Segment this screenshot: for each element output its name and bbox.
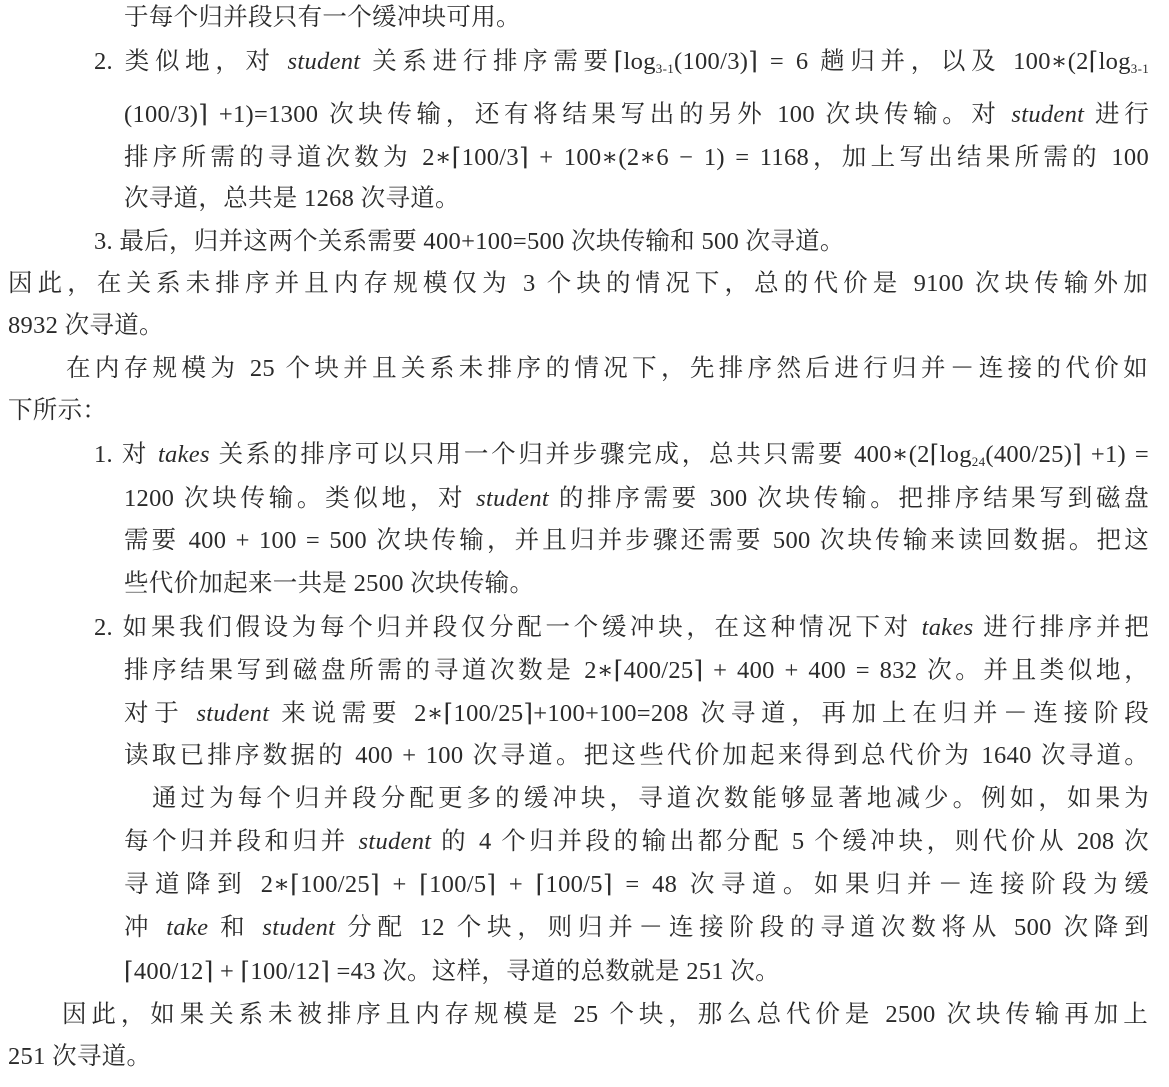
paragraph-line: 通过为每个归并段分配更多的缓冲块，寻道次数能够显著地减少。例如，如果为: [152, 784, 1149, 814]
text: 关系的排序可以只用一个归并步骤完成，总共只需要 400∗(2⌈log: [210, 441, 972, 468]
text: 来说需要 2∗⌈100/25⌉+100+100=208 次寻道，再加上在归并－连…: [269, 700, 1149, 727]
text: 读取已排序数据的 400 + 100 次寻道。把这些代价加起来得到总代价为 16…: [124, 742, 1149, 769]
paragraph-line: 些代价加起来一共是 2500 次块传输。: [124, 569, 534, 599]
log-base: 3-1: [1131, 61, 1149, 76]
text: (100/3)⌉ = 6 趟归并，以及 100∗(2⌈log: [674, 48, 1131, 75]
text: 2. 如果我们假设为每个归并段仅分配一个缓冲块，在这种情况下对: [94, 614, 922, 641]
text: 251 次寻道。: [8, 1043, 151, 1070]
text: (400/25)⌉ +1) =: [985, 441, 1149, 468]
paragraph-line: 因此，如果关系未被排序且内存规模是 25 个块，那么总代价是 2500 次块传输…: [62, 1000, 1148, 1030]
text: 1. 对: [94, 441, 158, 468]
paragraph-line: 对于 student 来说需要 2∗⌈100/25⌉+100+100=208 次…: [124, 699, 1149, 729]
relation-name: take: [166, 914, 208, 941]
text: 些代价加起来一共是 2500 次块传输。: [124, 570, 534, 597]
text: 3. 最后，归并这两个关系需要 400+100=500 次块传输和 500 次寻…: [94, 228, 845, 255]
paragraph-line: 冲 take 和 student 分配 12 个块，则归并－连接阶段的寻道次数将…: [124, 913, 1149, 943]
text: 进行: [1084, 101, 1149, 128]
text: 和: [208, 914, 262, 941]
text: 在内存规模为 25 个块并且关系未排序的情况下，先排序然后进行归并－连接的代价如: [66, 355, 1148, 382]
paragraph-line: 在内存规模为 25 个块并且关系未排序的情况下，先排序然后进行归并－连接的代价如: [66, 354, 1148, 384]
paragraph-line: 下所示：: [8, 396, 107, 426]
log-base: 3-1: [656, 61, 674, 76]
paragraph-line: 读取已排序数据的 400 + 100 次寻道。把这些代价加起来得到总代价为 16…: [124, 741, 1149, 771]
relation-name: student: [288, 48, 361, 75]
text: 通过为每个归并段分配更多的缓冲块，寻道次数能够显著地减少。例如，如果为: [152, 785, 1149, 812]
text: 的排序需要 300 次块传输。把排序结果写到磁盘: [549, 485, 1149, 512]
text: 1200 次块传输。类似地，对: [124, 485, 476, 512]
paragraph-line: 排序结果写到磁盘所需的寻道次数是 2∗⌈400/25⌉ + 400 + 400 …: [124, 656, 1149, 686]
paragraph-line: 寻道降到 2∗⌈100/25⌉ + ⌈100/5⌉ + ⌈100/5⌉ = 48…: [124, 870, 1149, 900]
relation-name: student: [359, 828, 432, 855]
relation-name: student: [262, 914, 335, 941]
text: 分配 12 个块，则归并－连接阶段的寻道次数将从 500 次降到: [335, 914, 1149, 941]
relation-name: student: [476, 485, 549, 512]
text: 的 4 个归并段的输出都分配 5 个缓冲块，则代价从 208 次: [431, 828, 1149, 855]
text: 关系进行排序需要⌈log: [360, 48, 655, 75]
text: 因此，如果关系未被排序且内存规模是 25 个块，那么总代价是 2500 次块传输…: [62, 1001, 1148, 1028]
list-item-2-line: 2. 如果我们假设为每个归并段仅分配一个缓冲块，在这种情况下对 takes 进行…: [94, 613, 1149, 643]
paragraph-line: ⌈400/12⌉ + ⌈100/12⌉ =43 次。这样，寻道的总数就是 251…: [124, 957, 780, 987]
text: 因此，在关系未排序并且内存规模仅为 3 个块的情况下，总的代价是 9100 次块…: [8, 270, 1148, 297]
list-item-1-line: 1. 对 takes 关系的排序可以只用一个归并步骤完成，总共只需要 400∗(…: [94, 440, 1149, 470]
text: 每个归并段和归并: [124, 828, 359, 855]
paragraph-line: 因此，在关系未排序并且内存规模仅为 3 个块的情况下，总的代价是 9100 次块…: [8, 269, 1148, 299]
text: 对于: [124, 700, 196, 727]
document-page: 于每个归并段只有一个缓冲块可用。 2. 类似地，对 student 关系进行排序…: [0, 0, 1169, 1087]
text: 排序所需的寻道次数为 2∗⌈100/3⌉ + 100∗(2∗6 − 1) = 1…: [124, 144, 1149, 171]
text: 次寻道，总共是 1268 次寻道。: [124, 185, 460, 212]
text: 2. 类似地，对: [94, 48, 288, 75]
text: 需要 400 + 100 = 500 次块传输，并且归并步骤还需要 500 次块…: [124, 527, 1149, 554]
relation-name: takes: [158, 441, 210, 468]
paragraph-line: 每个归并段和归并 student 的 4 个归并段的输出都分配 5 个缓冲块，则…: [124, 827, 1149, 857]
relation-name: takes: [922, 614, 974, 641]
paragraph-line: 1200 次块传输。类似地，对 student 的排序需要 300 次块传输。把…: [124, 484, 1149, 514]
paragraph-line: 于每个归并段只有一个缓冲块可用。: [124, 3, 521, 33]
relation-name: student: [1011, 101, 1084, 128]
log-base: 24: [972, 454, 986, 469]
list-item-2-line: 2. 类似地，对 student 关系进行排序需要⌈log3-1(100/3)⌉…: [94, 47, 1149, 77]
text: ⌈400/12⌉ + ⌈100/12⌉ =43 次。这样，寻道的总数就是 251…: [124, 958, 780, 985]
paragraph-line: 次寻道，总共是 1268 次寻道。: [124, 184, 460, 214]
paragraph-line: 需要 400 + 100 = 500 次块传输，并且归并步骤还需要 500 次块…: [124, 526, 1149, 556]
list-item-3-line: 3. 最后，归并这两个关系需要 400+100=500 次块传输和 500 次寻…: [94, 227, 845, 257]
text: 排序结果写到磁盘所需的寻道次数是 2∗⌈400/25⌉ + 400 + 400 …: [124, 657, 1149, 684]
text: 8932 次寻道。: [8, 312, 164, 339]
paragraph-line: 8932 次寻道。: [8, 311, 164, 341]
text: 寻道降到 2∗⌈100/25⌉ + ⌈100/5⌉ + ⌈100/5⌉ = 48…: [124, 871, 1149, 898]
paragraph-line: (100/3)⌉ +1)=1300 次块传输，还有将结果写出的另外 100 次块…: [124, 100, 1149, 130]
text: 冲: [124, 914, 166, 941]
text: (100/3)⌉ +1)=1300 次块传输，还有将结果写出的另外 100 次块…: [124, 101, 1011, 128]
relation-name: student: [196, 700, 269, 727]
text: 进行排序并把: [973, 614, 1149, 641]
text: 下所示：: [8, 397, 107, 424]
paragraph-line: 排序所需的寻道次数为 2∗⌈100/3⌉ + 100∗(2∗6 − 1) = 1…: [124, 143, 1149, 173]
paragraph-line: 251 次寻道。: [8, 1042, 151, 1072]
text: 于每个归并段只有一个缓冲块可用。: [124, 4, 521, 31]
